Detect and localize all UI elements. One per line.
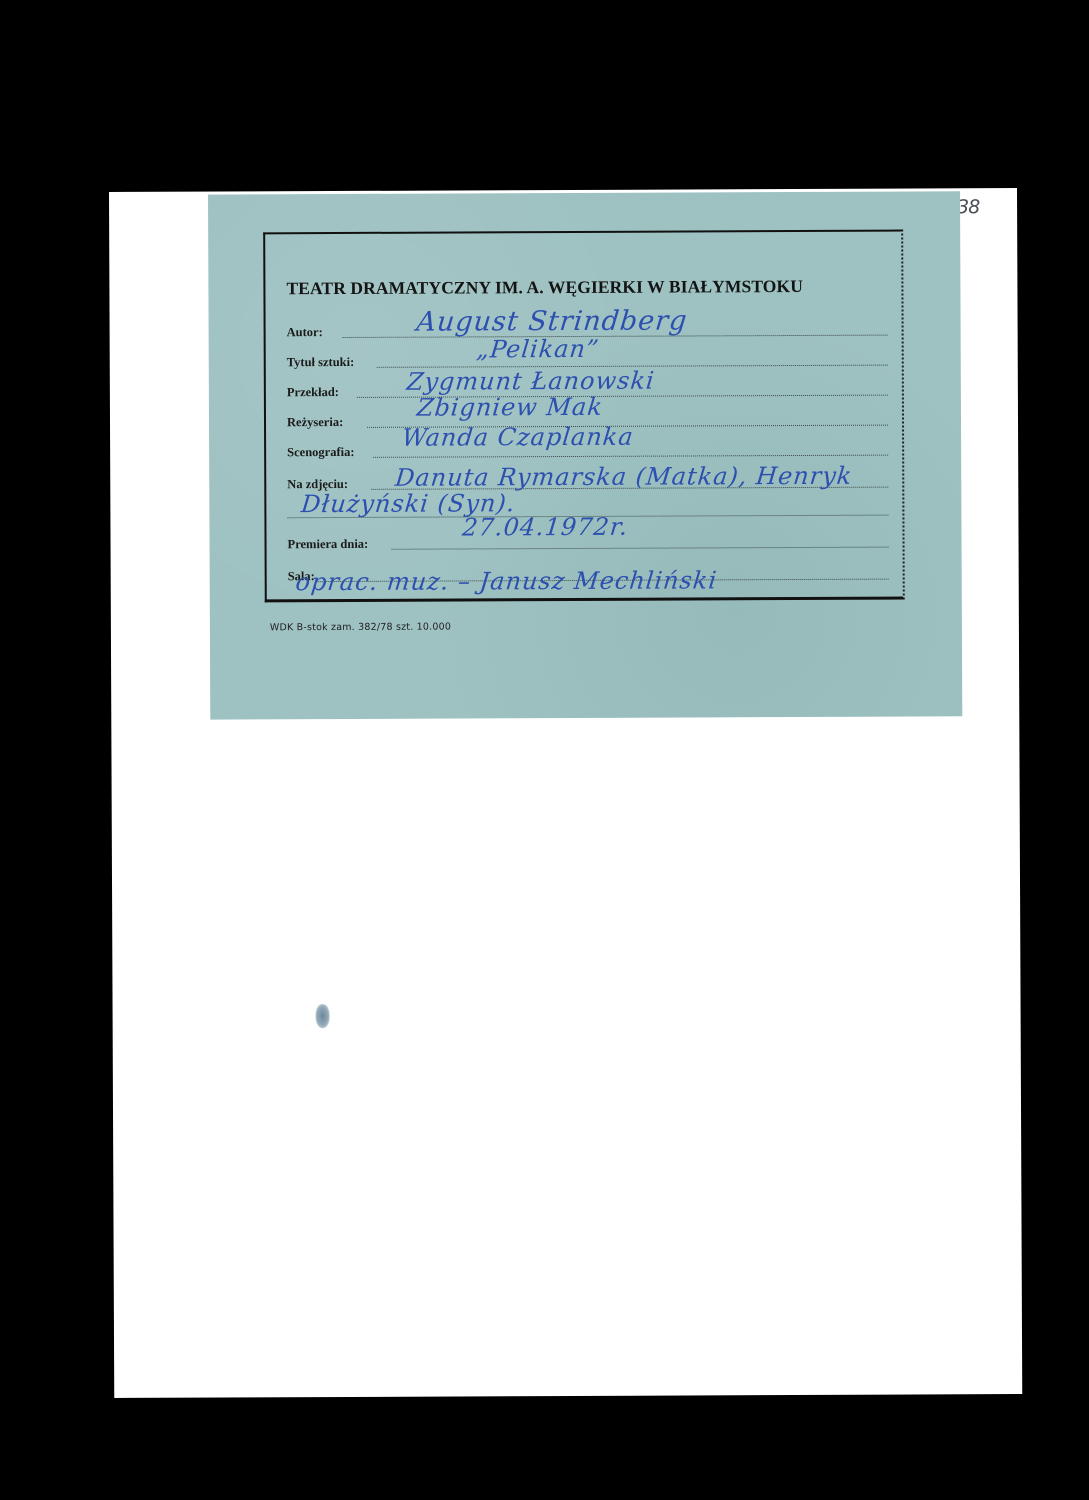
field-label: Scenografia: — [287, 445, 356, 460]
field-value: August Strindberg — [415, 305, 689, 337]
field-label: Reżyseria: — [287, 415, 345, 430]
field-value: Wanda Czaplanka — [401, 423, 635, 452]
theatre-record-card: TEATR DRAMATYCZNY IM. A. WĘGIERKI W BIAŁ… — [208, 191, 962, 719]
field-value: Zygmunt Łanowski — [405, 367, 656, 396]
field-scenography: Scenografia: Wanda Czaplanka — [287, 428, 888, 461]
ink-smudge — [316, 1004, 330, 1028]
paper-sheet: 38 TEATR DRAMATYCZNY IM. A. WĘGIERKI W B… — [109, 188, 1022, 1398]
field-label: Przekład: — [287, 385, 341, 400]
field-value: Zbigniew Mak — [416, 393, 605, 422]
field-label: Autor: — [287, 325, 325, 340]
card-frame: TEATR DRAMATYCZNY IM. A. WĘGIERKI W BIAŁ… — [263, 230, 905, 603]
field-label: Premiera dnia: — [288, 537, 371, 552]
field-value: „Pelikan” — [475, 335, 600, 364]
field-value: 27.04.1972r. — [461, 513, 630, 542]
field-label: Tytuł sztuki: — [287, 355, 357, 370]
dotted-line — [392, 547, 889, 550]
field-title: Tytuł sztuki: „Pelikan” — [287, 338, 888, 371]
page-number: 38 — [957, 196, 979, 218]
dotted-line — [373, 455, 888, 458]
organization-title: TEATR DRAMATYCZNY IM. A. WĘGIERKI W BIAŁ… — [286, 276, 803, 299]
field-value: oprac. muz. – Janusz Mechliński — [294, 566, 718, 596]
field-premiere-date: Premiera dnia: 27.04.1972r. — [287, 520, 888, 553]
printer-imprint: WDK B-stok zam. 382/78 szt. 10.000 — [270, 622, 451, 634]
field-hall: Sala: oprac. muz. – Janusz Mechliński — [288, 552, 889, 585]
